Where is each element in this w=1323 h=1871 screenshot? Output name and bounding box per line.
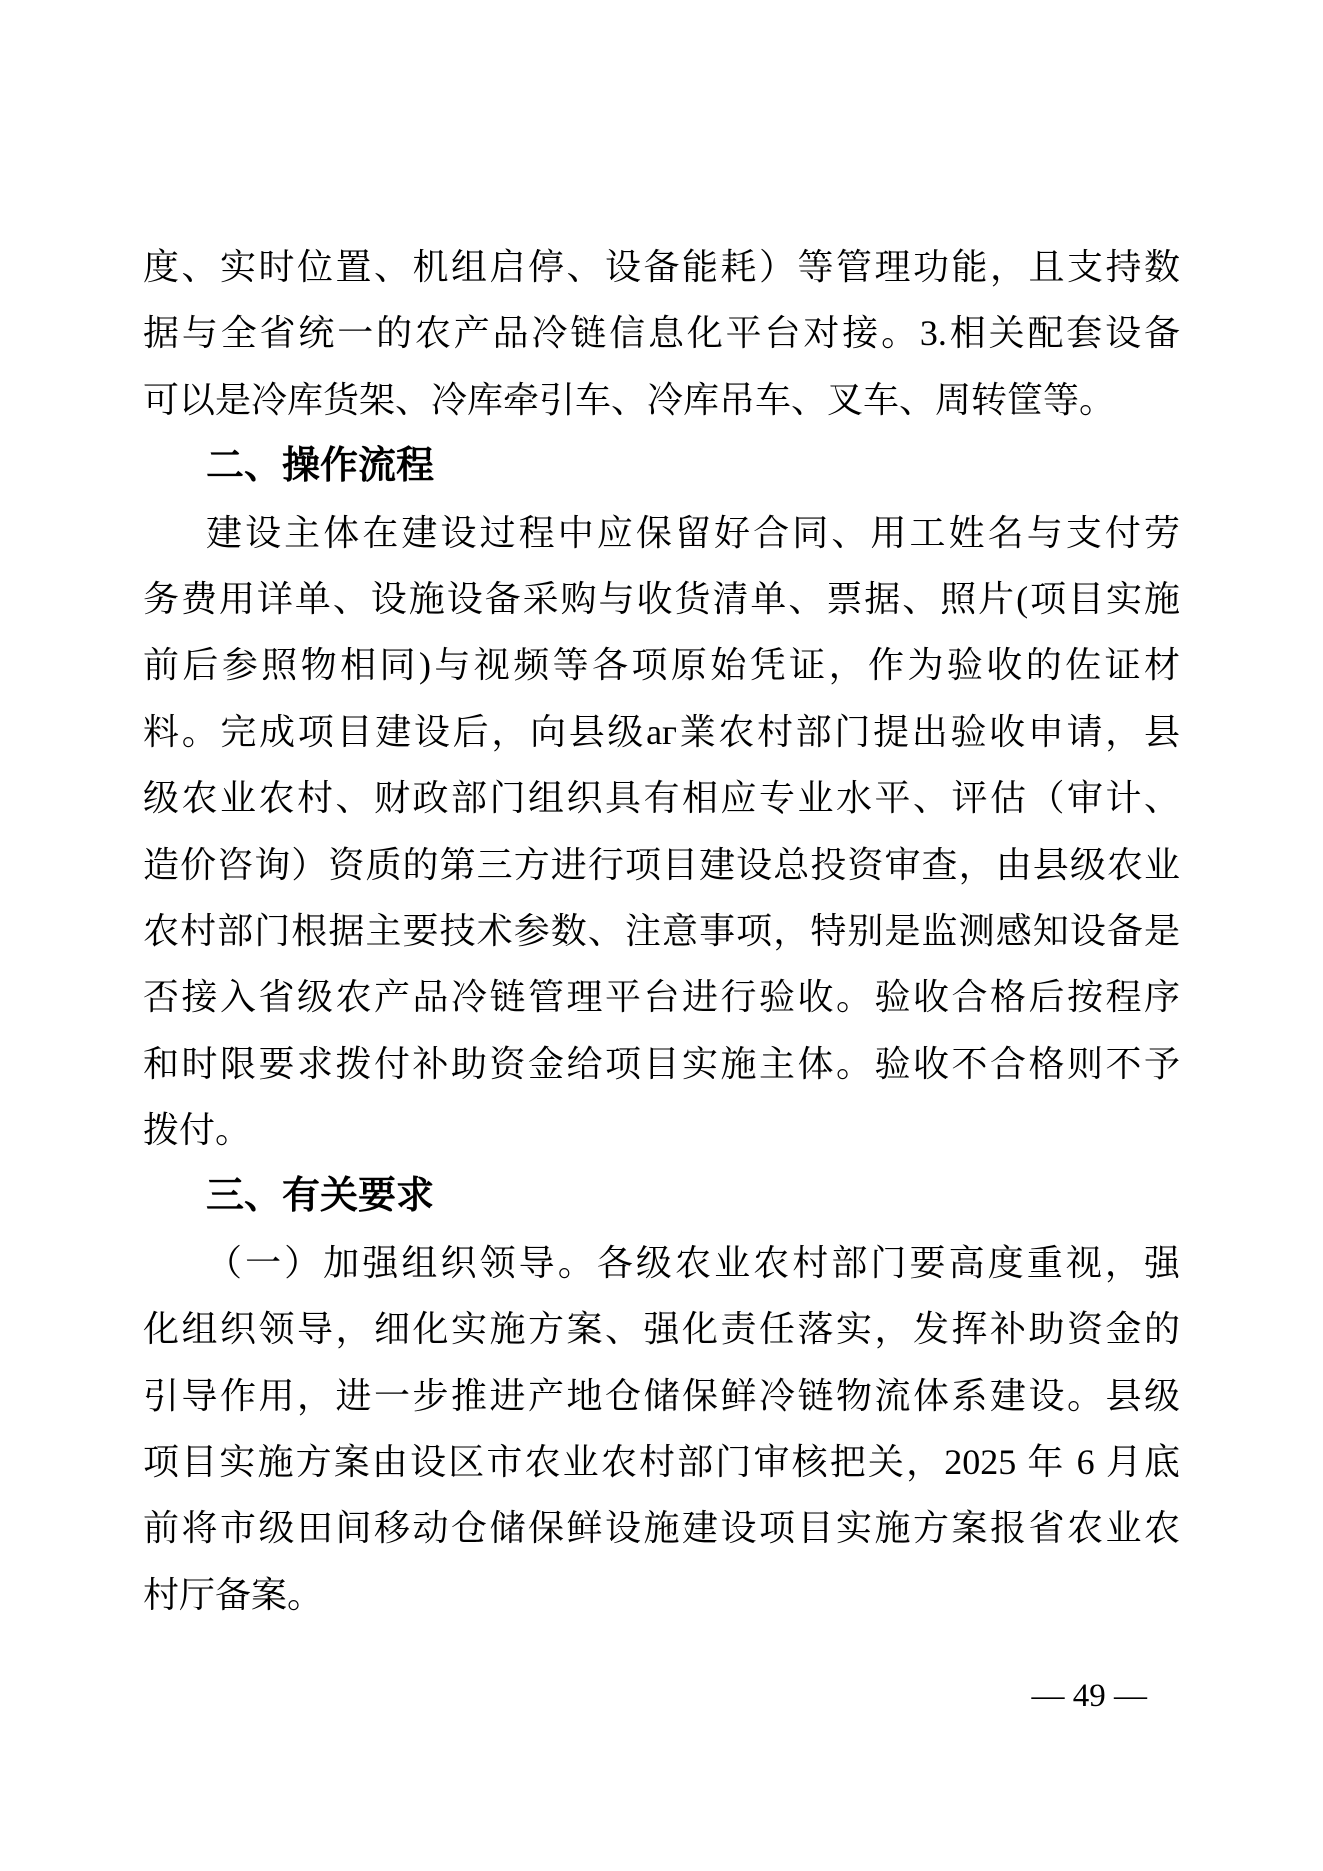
document-page: 度、实时位置、机组启停、设备能耗）等管理功能，且支持数 据与全省统一的农产品冷链… [0, 0, 1323, 1871]
text-line: 可以是冷库货架、冷库牵引车、冷库吊车、叉车、周转筐等。 [143, 367, 1180, 433]
text-line: 化组织领导，细化实施方案、强化责任落实，发挥补助资金的 [143, 1296, 1180, 1362]
text-line: 前后参照物相同)与视频等各项原始凭证，作为验收的佐证材 [143, 632, 1180, 698]
text-line: （一）加强组织领导。各级农业农村部门要高度重视，强 [143, 1230, 1180, 1296]
text-line: 据与全省统一的农产品冷链信息化平台对接。3.相关配套设备 [143, 300, 1180, 366]
document-body: 度、实时位置、机组启停、设备能耗）等管理功能，且支持数 据与全省统一的农产品冷链… [143, 234, 1180, 1628]
text-line: 前将市级田间移动仓储保鲜设施建设项目实施方案报省农业农 [143, 1495, 1180, 1561]
text-line: 和时限要求拨付补助资金给项目实施主体。验收不合格则不予 [143, 1031, 1180, 1097]
text-line: 建设主体在建设过程中应保留好合同、用工姓名与支付劳 [143, 500, 1180, 566]
text-line: 度、实时位置、机组启停、设备能耗）等管理功能，且支持数 [143, 234, 1180, 300]
text-line: 务费用详单、设施设备采购与收货清单、票据、照片(项目实施 [143, 566, 1180, 632]
text-line: 造价咨询）资质的第三方进行项目建设总投资审查，由县级农业 [143, 832, 1180, 898]
text-line: 否接入省级农产品冷链管理平台进行验收。验收合格后按程序 [143, 964, 1180, 1030]
text-line: 引导作用，进一步推进产地仓储保鲜冷链物流体系建设。县级 [143, 1363, 1180, 1429]
text-line: 级农业农村、财政部门组织具有相应专业水平、评估（审计、 [143, 765, 1180, 831]
page-number: — 49 — [1032, 1676, 1148, 1716]
text-line: 项目实施方案由设区市农业农村部门审核把关，2025 年 6 月底 [143, 1429, 1180, 1495]
section-heading-requirements: 三、有关要求 [143, 1163, 1180, 1229]
text-line: 料。完成项目建设后，向县级аг業农村部门提出验收申请，县 [143, 699, 1180, 765]
text-line: 拨付。 [143, 1097, 1180, 1163]
section-heading-operation-process: 二、操作流程 [143, 433, 1180, 499]
text-line: 村厅备案。 [143, 1562, 1180, 1628]
text-line: 农村部门根据主要技术参数、注意事项，特别是监测感知设备是 [143, 898, 1180, 964]
